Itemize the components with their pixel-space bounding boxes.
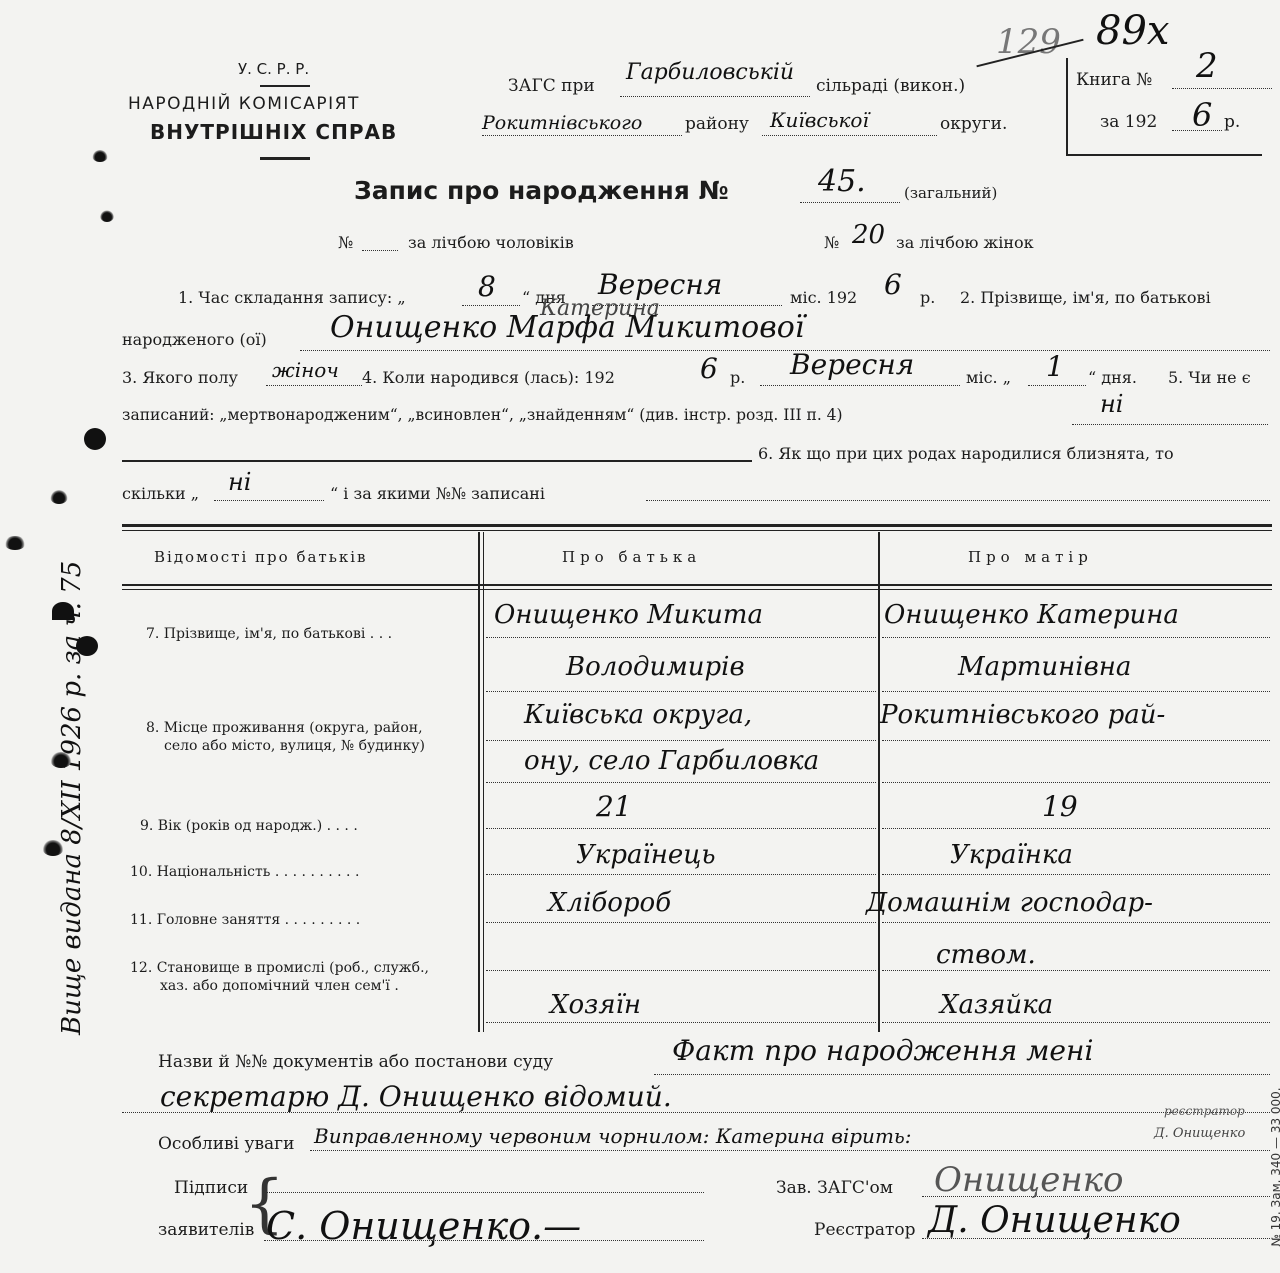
mother-occupation: Домашнім господар- — [866, 888, 1153, 918]
table-header-mother: Про матір — [968, 548, 1093, 566]
printer-mark: № 19. Зам. 340 — 33 000. — [1269, 1067, 1280, 1267]
mother-age: 19 — [1042, 790, 1078, 823]
table-rule — [882, 970, 1270, 971]
field4-month-suffix: міс. „ — [966, 368, 1011, 387]
row-label-residence-cont: село або місто, вулиця, № будинку) — [164, 738, 425, 754]
field1-day: 8 — [478, 270, 496, 303]
field4-month: Вересня — [790, 348, 914, 381]
documents-label: Назви й №№ документів або постанови суду — [158, 1052, 553, 1072]
applicants-label-2: заявителів — [158, 1220, 254, 1240]
field5-value: ні — [1100, 390, 1123, 418]
field6-label-cont1: скільки „ — [122, 484, 199, 503]
field6-count-line — [214, 500, 324, 501]
field4-day-line — [1028, 385, 1086, 386]
year-line — [1172, 130, 1222, 131]
table-rule — [486, 828, 876, 829]
father-occupation: Хлібороб — [548, 888, 671, 918]
registrar-signature: Д. Онищенко — [928, 1200, 1181, 1241]
documents-value-line2: секретарю Д. Онищенко відомий. — [160, 1080, 672, 1113]
punch-hole — [92, 150, 108, 162]
field6-value: ні — [228, 468, 251, 496]
punch-hole — [42, 840, 64, 856]
table-rule — [486, 782, 876, 783]
table-rule — [882, 922, 1270, 923]
mother-occupation-cont: ством. — [936, 940, 1036, 970]
applicant-signature-line1 — [264, 1192, 704, 1193]
father-residence-line1: Київська округа, — [524, 700, 752, 730]
male-counter-prefix: № — [338, 233, 353, 252]
table-rule — [486, 922, 876, 923]
field2-line — [300, 350, 1270, 351]
field4-year: 6 — [700, 352, 718, 385]
table-rule — [486, 1022, 876, 1023]
record-title-suffix: (загальний) — [904, 184, 997, 202]
field1-label: 1. Час складання запису: „ — [178, 288, 406, 307]
row-label-age: 9. Вік (років од народж.) . . . . — [140, 818, 358, 834]
district-suffix: району — [685, 114, 749, 134]
notes-label: Особливі уваги — [158, 1134, 294, 1154]
mother-residence-line1: Рокитнівського рай- — [880, 700, 1165, 730]
documents-line1 — [654, 1074, 1270, 1075]
notes-registrar-line2: Д. Онищенко — [1154, 1126, 1245, 1141]
field1-month-suffix: міс. 192 — [790, 288, 857, 307]
field4-year-suffix: р. — [730, 368, 745, 387]
punch-hole — [50, 490, 68, 504]
archive-mark-crossed: 129 — [996, 22, 1061, 62]
table-header-border — [122, 584, 1272, 586]
zags-prefix: ЗАГС при — [508, 76, 595, 96]
table-rule — [486, 740, 876, 741]
table-header-border — [122, 589, 1272, 590]
field6-label-cont2: “ і за якими №№ записані — [330, 484, 545, 503]
table-rule — [882, 1022, 1270, 1023]
okruha-line — [762, 135, 937, 136]
year-value: 6 — [1192, 96, 1212, 134]
father-age: 21 — [596, 790, 632, 823]
field5-label: 5. Чи не є — [1168, 368, 1251, 387]
table-col-divider — [478, 532, 480, 1032]
row-label-occupation: 11. Головне заняття . . . . . . . . . — [130, 912, 360, 928]
male-counter-line — [362, 250, 398, 251]
table-col-divider — [878, 532, 880, 1032]
book-box-border — [1066, 58, 1068, 156]
applicant-signature-line2 — [264, 1240, 704, 1241]
field5-line — [1072, 424, 1268, 425]
book-value: 2 — [1196, 46, 1218, 86]
okruha-value: Київської — [770, 108, 869, 132]
table-rule — [882, 874, 1270, 875]
row-label-status: 12. Становище в промислі (роб., служб., — [130, 960, 429, 976]
archive-mark: 89х — [1096, 8, 1169, 54]
father-status: Хозяїн — [550, 990, 641, 1020]
book-label: Книга № — [1076, 70, 1152, 90]
table-rule — [882, 782, 1270, 783]
table-rule — [486, 637, 876, 638]
table-header-father: Про батька — [562, 548, 701, 566]
year-suffix: р. — [1224, 112, 1240, 132]
margin-note: Вище видана 8/XII 1926 р. за ч. 75 — [57, 595, 87, 1035]
table-rule — [486, 874, 876, 875]
field2-label-cont: народженого (ої) — [122, 330, 267, 349]
divider — [260, 85, 310, 87]
field3-label: 3. Якого полу — [122, 368, 238, 387]
mother-name-line1: Онищенко Катерина — [884, 600, 1179, 630]
female-counter-label: за лічбою жінок — [896, 233, 1034, 252]
field4-month-line — [760, 385, 960, 386]
punch-hole — [50, 752, 72, 768]
row-label-name: 7. Прізвище, ім'я, по батькові . . . — [146, 626, 392, 642]
district-value: Рокитнівського — [482, 112, 642, 134]
field3-value: жіноч — [272, 358, 339, 382]
father-residence-line2: ону, село Гарбиловка — [524, 746, 819, 776]
book-box-border — [1066, 154, 1262, 156]
record-title: Запис про народження № — [354, 176, 729, 205]
table-rule — [882, 828, 1270, 829]
table-top-border — [122, 530, 1272, 531]
record-number-line — [800, 202, 900, 203]
field2-value: Онищенко Марфа Микитової — [330, 310, 804, 345]
notes-line — [310, 1150, 1270, 1151]
applicants-label-1: Підписи — [174, 1178, 248, 1198]
female-counter-prefix: № — [824, 233, 839, 252]
documents-line2 — [122, 1112, 1270, 1113]
field6-label: 6. Як що при цих родах народилися близня… — [758, 444, 1174, 463]
village-council-value: Гарбиловській — [626, 60, 794, 85]
row-label-residence: 8. Місце проживання (округа, район, — [146, 720, 423, 736]
notes-registrar-line1: реєстратор — [1164, 1104, 1245, 1118]
village-council-suffix: сільраді (викон.) — [816, 76, 965, 96]
table-col-divider — [483, 532, 484, 1032]
applicant-signature: С. Онищенко.— — [266, 1204, 581, 1248]
field5-label-cont: записаний: „мертвонародженим“, „всиновле… — [122, 406, 843, 424]
row-label-status-cont: хаз. або допомічний член сем'ї . — [160, 978, 399, 994]
punch-hole — [4, 536, 26, 550]
table-header-info: Відомості про батьків — [154, 548, 368, 566]
father-name-line1: Онищенко Микита — [494, 600, 763, 630]
village-council-line — [620, 96, 810, 97]
field3-line — [266, 385, 362, 386]
field1-year: 6 — [884, 268, 902, 301]
book-line — [1172, 88, 1272, 89]
table-rule — [882, 637, 1270, 638]
male-counter-label: за лічбою чоловіків — [408, 233, 574, 252]
republic-label: У. С. Р. Р. — [238, 60, 309, 78]
table-rule — [486, 691, 876, 692]
female-counter-value: 20 — [852, 220, 885, 250]
registrar-label: Реєстратор — [814, 1220, 916, 1240]
punch-hole — [52, 602, 74, 620]
table-rule — [882, 740, 1270, 741]
table-top-border — [122, 524, 1272, 527]
father-nationality: Українець — [576, 840, 716, 870]
field2-label: 2. Прізвище, ім'я, по батькові — [960, 288, 1211, 307]
punch-hole — [84, 428, 106, 450]
head-signature: Онищенко — [934, 1160, 1124, 1200]
head-signature-line — [922, 1196, 1270, 1197]
year-prefix: за 192 — [1100, 112, 1157, 132]
field6-numbers-line — [646, 500, 1270, 501]
father-name-line2: Володимирів — [566, 652, 745, 682]
table-rule — [882, 691, 1270, 692]
field1-day-line — [462, 305, 520, 306]
documents-value-line1: Факт про народження мені — [672, 1034, 1093, 1067]
okruha-suffix: округи. — [940, 114, 1007, 134]
head-label: Зав. ЗАГС'ом — [776, 1178, 893, 1198]
row-label-nationality: 10. Національність . . . . . . . . . . — [130, 864, 359, 880]
registrar-signature-line — [922, 1238, 1270, 1239]
commissariat-line1: НАРОДНІЙ КОМІСАРІЯТ — [128, 94, 360, 114]
table-rule — [486, 970, 876, 971]
notes-value: Виправленному червоним чорнилом: Катерин… — [314, 1124, 912, 1148]
commissariat-line2: ВНУТРІШНІХ СПРАВ — [150, 120, 397, 144]
mother-nationality: Українка — [950, 840, 1073, 870]
field4-day-suffix: “ дня. — [1088, 368, 1137, 387]
field4-label: 4. Коли народився (лась): 192 — [362, 368, 615, 387]
field1-year-suffix: р. — [920, 288, 935, 307]
field6-line — [122, 460, 752, 462]
divider — [260, 157, 310, 160]
record-number: 45. — [818, 164, 866, 199]
punch-hole — [100, 210, 114, 222]
mother-status: Хазяйка — [940, 990, 1053, 1020]
district-line — [482, 135, 682, 136]
mother-name-line2: Мартинівна — [958, 652, 1131, 682]
field4-day: 1 — [1046, 350, 1064, 383]
punch-hole — [76, 636, 98, 656]
